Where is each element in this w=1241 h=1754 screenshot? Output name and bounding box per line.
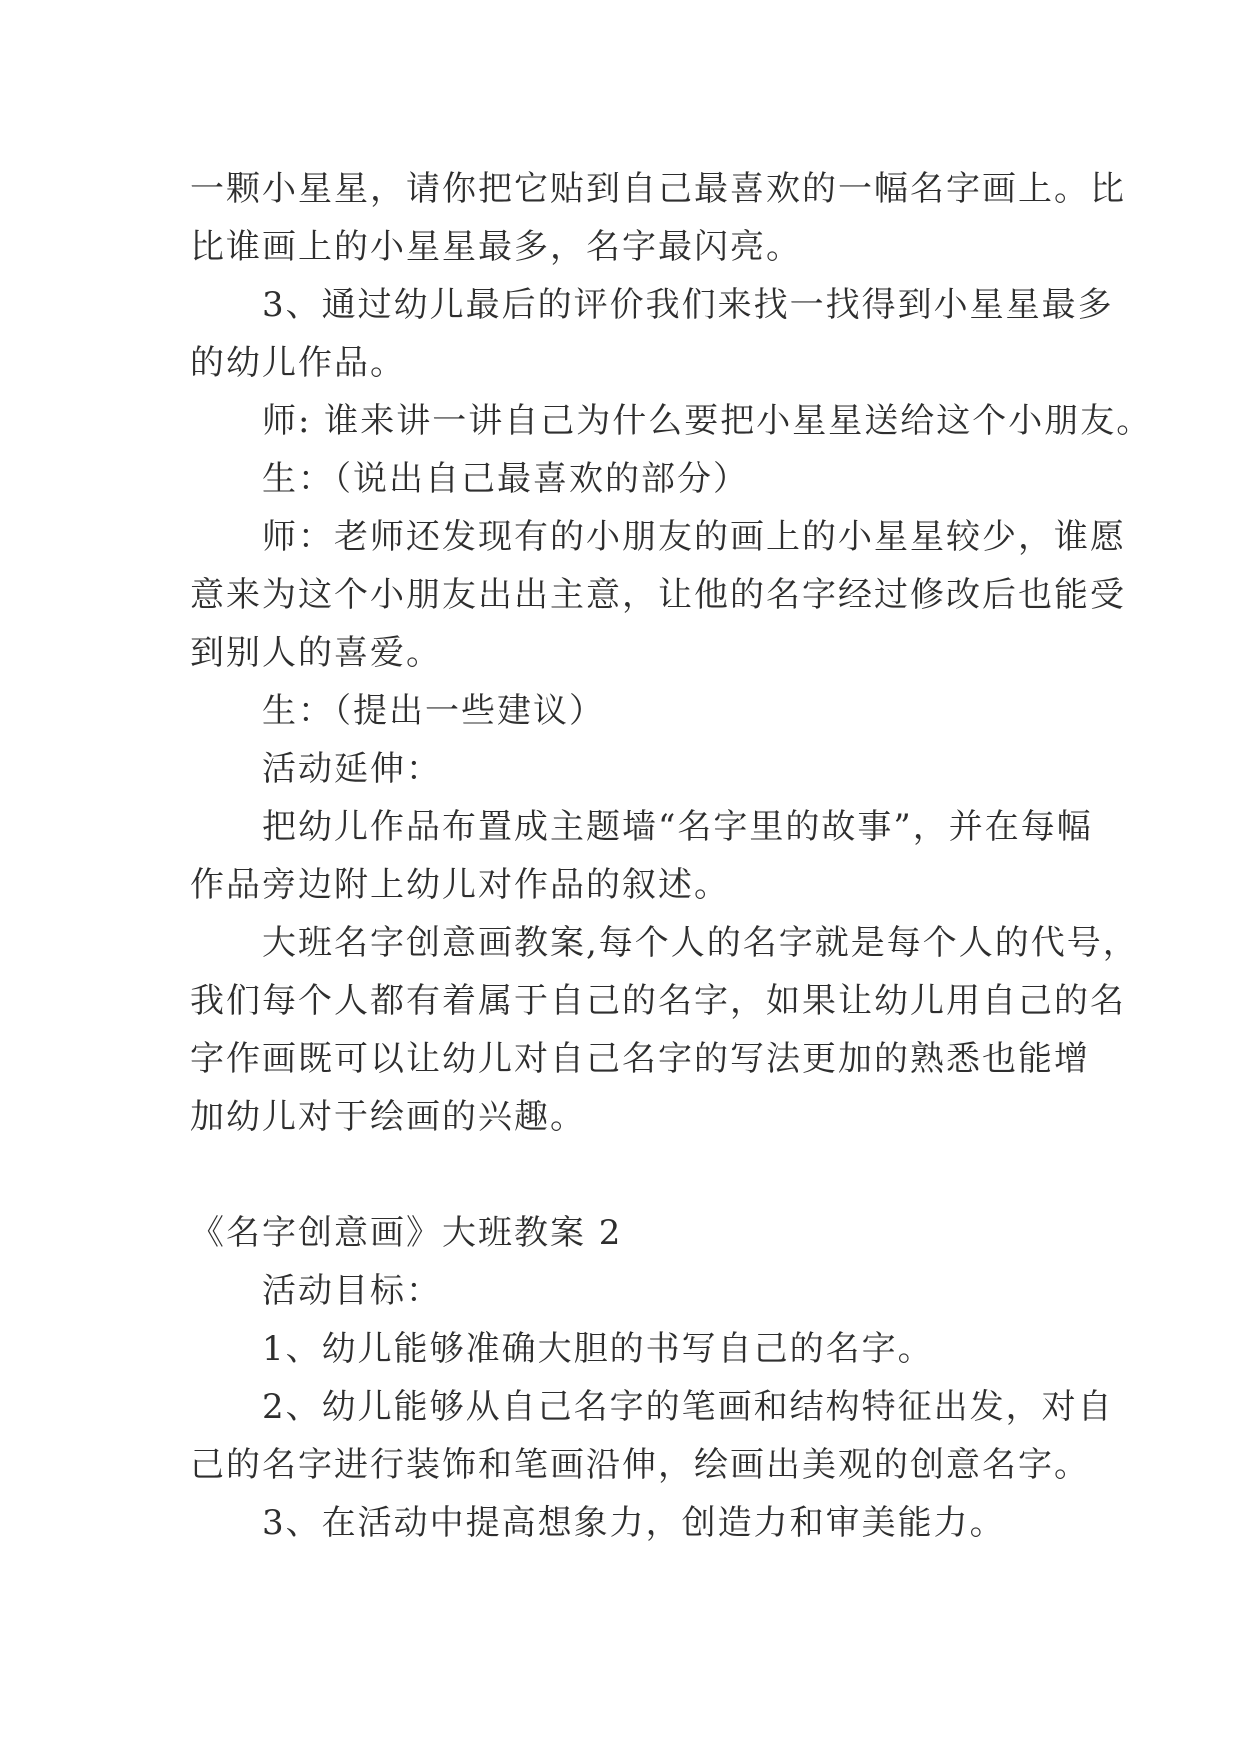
- section-heading: 《名字创意画》大班教案 2: [190, 1204, 1065, 1262]
- text-line: 3、在活动中提高想象力，创造力和审美能力。: [190, 1494, 1065, 1552]
- text-line: 意来为这个小朋友出出主意，让他的名字经过修改后也能受: [190, 566, 1065, 624]
- text-line: 活动延伸：: [190, 740, 1065, 798]
- text-line: 加幼儿对于绘画的兴趣。: [190, 1088, 1065, 1146]
- text-line: 师：老师还发现有的小朋友的画上的小星星较少，谁愿: [190, 508, 1065, 566]
- text-line: 大班名字创意画教案,每个人的名字就是每个人的代号，: [190, 914, 1065, 972]
- document-page: 一颗小星星，请你把它贴到自己最喜欢的一幅名字画上。比比谁画上的小星星最多，名字最…: [0, 0, 1241, 1754]
- text-line: 2、幼儿能够从自己名字的笔画和结构特征出发，对自: [190, 1378, 1065, 1436]
- document-body: 一颗小星星，请你把它贴到自己最喜欢的一幅名字画上。比比谁画上的小星星最多，名字最…: [190, 160, 1065, 1552]
- text-line: 生：（说出自己最喜欢的部分）: [190, 450, 1065, 508]
- text-line: 活动目标：: [190, 1262, 1065, 1320]
- blank-line: [190, 1146, 1065, 1204]
- text-line: 一颗小星星，请你把它贴到自己最喜欢的一幅名字画上。比: [190, 160, 1065, 218]
- text-line: 比谁画上的小星星最多，名字最闪亮。: [190, 218, 1065, 276]
- text-line: 到别人的喜爱。: [190, 624, 1065, 682]
- text-line: 1、幼儿能够准确大胆的书写自己的名字。: [190, 1320, 1065, 1378]
- text-line: 字作画既可以让幼儿对自己名字的写法更加的熟悉也能增: [190, 1030, 1065, 1088]
- text-line: 我们每个人都有着属于自己的名字，如果让幼儿用自己的名: [190, 972, 1065, 1030]
- text-line: 把幼儿作品布置成主题墙“名字里的故事”，并在每幅: [190, 798, 1065, 856]
- text-line: 己的名字进行装饰和笔画沿伸，绘画出美观的创意名字。: [190, 1436, 1065, 1494]
- text-line: 的幼儿作品。: [190, 334, 1065, 392]
- text-line: 生：（提出一些建议）: [190, 682, 1065, 740]
- text-line: 作品旁边附上幼儿对作品的叙述。: [190, 856, 1065, 914]
- text-line: 3、通过幼儿最后的评价我们来找一找得到小星星最多: [190, 276, 1065, 334]
- text-line: 师: 谁来讲一讲自己为什么要把小星星送给这个小朋友。: [190, 392, 1065, 450]
